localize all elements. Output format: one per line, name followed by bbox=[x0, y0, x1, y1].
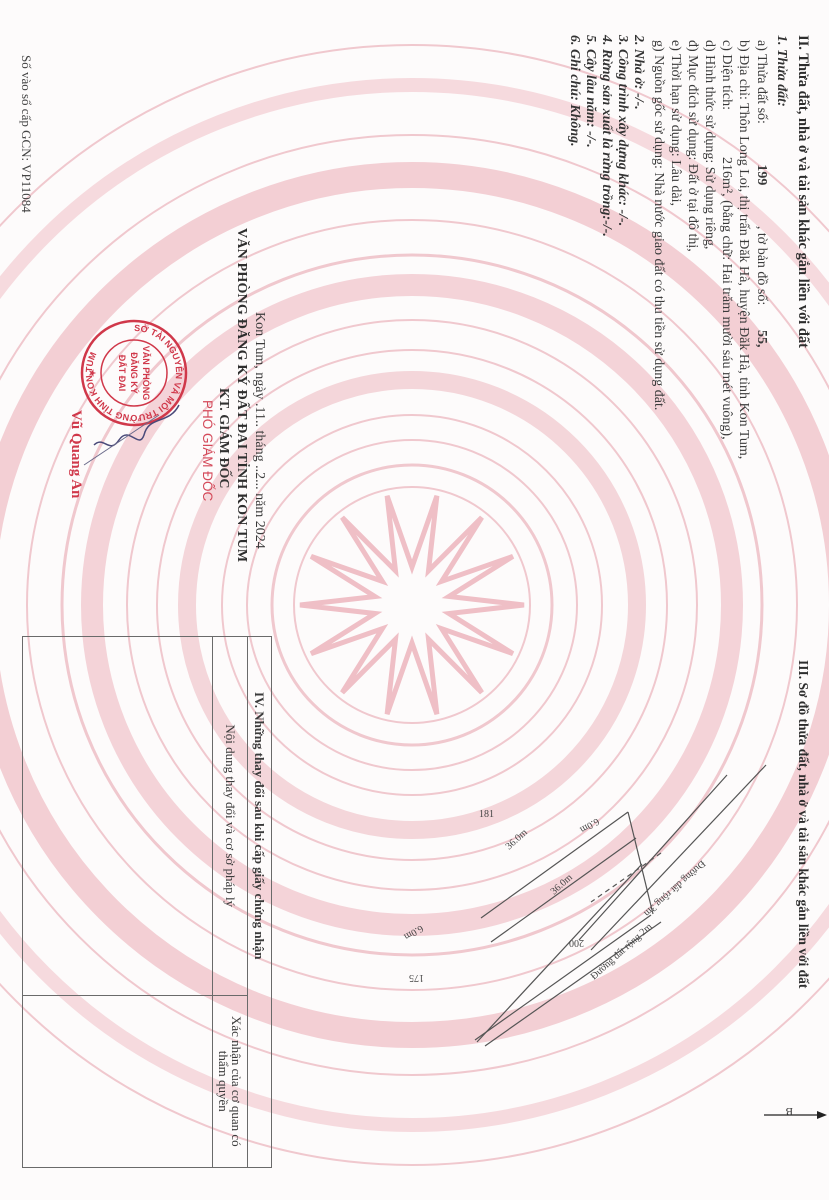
neighbor-181-label: 181 bbox=[479, 809, 494, 820]
parcel-id-label: 200 bbox=[569, 937, 584, 948]
parcel-top-boundary bbox=[628, 812, 653, 914]
neighbor-175-label: 175 bbox=[409, 972, 424, 983]
column-header-confirmation: Xác nhận của cơ quan có thẩm quyền bbox=[213, 995, 248, 1167]
dim-bottom-6m: 6.0m bbox=[402, 922, 425, 942]
changes-table: IV. Những thay đổi sau khi cấp giấy chứn… bbox=[22, 636, 272, 1168]
column-header-content: Nội dung thay đổi và cơ sở pháp lý bbox=[213, 637, 248, 996]
dim-top-6m: 6.0m bbox=[578, 815, 601, 835]
change-content-cell bbox=[23, 637, 213, 996]
section-iv-title: IV. Những thay đổi sau khi cấp giấy chứn… bbox=[248, 637, 272, 1168]
road-3m-edge-outer bbox=[591, 765, 766, 950]
dim-36m-a: 36.0m bbox=[504, 827, 530, 852]
north-arrow-icon: B bbox=[764, 1105, 827, 1119]
road-3m-label: Đường đất rộng 3m bbox=[641, 858, 707, 919]
certificate-page: II. Thửa đất, nhà ở và tài sản khác gắn … bbox=[0, 0, 829, 1200]
road-2m-edge-1 bbox=[475, 915, 651, 1040]
parcel-dashed-boundary bbox=[591, 853, 661, 902]
change-confirmation-cell bbox=[23, 995, 213, 1167]
north-label: B bbox=[786, 1105, 793, 1117]
